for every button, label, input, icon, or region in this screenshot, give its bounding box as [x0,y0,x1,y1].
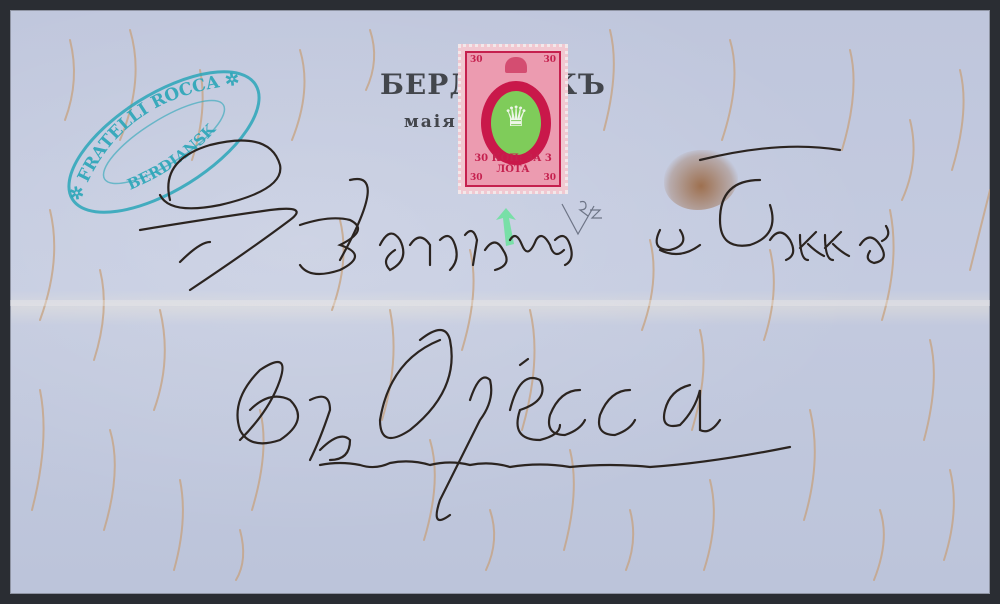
handwritten-address [0,0,1000,604]
